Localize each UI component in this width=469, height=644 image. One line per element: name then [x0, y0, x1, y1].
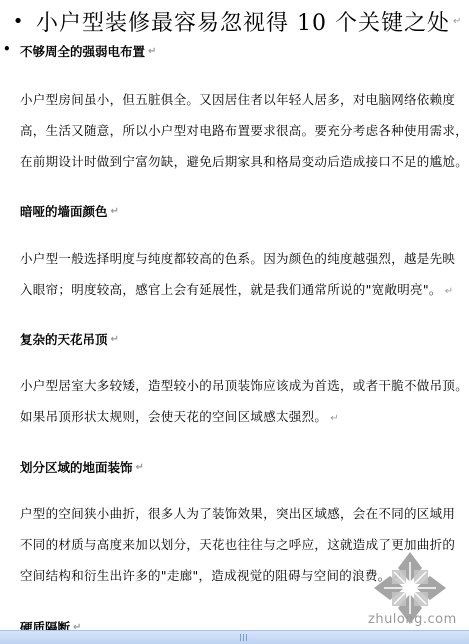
section-heading-text: 划分区域的地面装饰	[20, 458, 133, 476]
bullet-icon: •	[8, 11, 28, 32]
watermark-text: zhulong.com	[368, 612, 457, 627]
section-heading-text: 不够周全的强弱电布置	[20, 42, 145, 60]
text-line: 小户型居室大多较矮，造型较小的吊顶装饰应该成为首选，或者干脆不做吊顶。	[20, 370, 466, 401]
section-paragraph: 小户型房间虽小，但五脏俱全。又因居住者以年轻人居多，对电脑网络依赖度 高，生活又…	[20, 84, 466, 179]
text-line: 小户型房间虽小，但五脏俱全。又因居住者以年轻人居多，对电脑网络依赖度	[20, 84, 466, 115]
paragraph-mark-icon: ↵	[111, 206, 119, 217]
paragraph-mark-icon: ↵	[136, 462, 144, 473]
section-heading: 不够周全的强弱电布置 ↵	[20, 42, 156, 60]
section-heading: 复杂的天花吊顶 ↵	[20, 330, 119, 348]
section-heading: 暗哑的墙面颜色 ↵	[20, 202, 119, 220]
paragraph-mark-icon: ↵	[111, 334, 119, 345]
document-title: 小户型装修最容易忽视得 10 个关键之处	[36, 6, 450, 37]
section-heading: 划分区域的地面装饰 ↵	[20, 458, 144, 476]
paragraph-mark-icon: ↵	[330, 413, 339, 424]
scrollbar-grip-icon[interactable]	[240, 634, 248, 641]
text-line: 户型的空间狭小曲折，很多人为了装饰效果，突出区域感，会在不同的区域用	[20, 498, 466, 529]
bullet-icon: •	[3, 42, 11, 56]
text-line: 入眼帘；明度较高，感官上会有延展性，就是我们通常所说的"宽敞明亮"。↵	[20, 274, 466, 307]
horizontal-scrollbar[interactable]	[0, 630, 469, 644]
section-heading-text: 复杂的天花吊顶	[20, 330, 108, 348]
paragraph-mark-icon: ↵	[148, 46, 156, 57]
text-line: 如果吊顶形状太规则，会使天花的空间区域感太强烈。↵	[20, 401, 466, 434]
text-line: 小户型一般选择明度与纯度都较高的色系。因为颜色的纯度越强烈，越是先映	[20, 243, 466, 274]
section-heading-text: 暗哑的墙面颜色	[20, 202, 108, 220]
text-line: 高，生活又随意，所以小户型对电路布置要求很高。要充分考虑各种使用需求，	[20, 115, 466, 146]
paragraph-mark-icon: ↵	[453, 16, 461, 27]
document-title-row: • 小户型装修最容易忽视得 10 个关键之处 ↵	[8, 6, 461, 36]
paragraph-mark-icon: ↵	[445, 286, 454, 297]
section-paragraph: 小户型居室大多较矮，造型较小的吊顶装饰应该成为首选，或者干脆不做吊顶。 如果吊顶…	[20, 370, 466, 434]
text-line: 在前期设计时做到宁富勿缺，避免后期家具和格局变动后造成接口不足的尴尬。↵	[20, 146, 466, 179]
section-paragraph: 小户型一般选择明度与纯度都较高的色系。因为颜色的纯度越强烈，越是先映 入眼帘；明…	[20, 243, 466, 307]
